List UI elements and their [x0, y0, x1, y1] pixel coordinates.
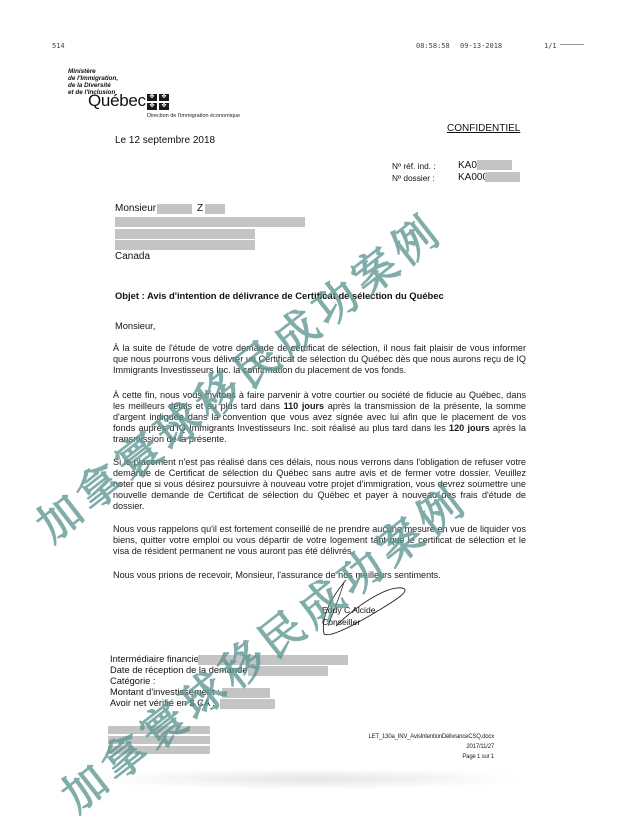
signatory-name: Eddy C Alcide [322, 605, 376, 615]
dossier-label: Nº dossier : [392, 173, 435, 183]
fax-page-code: 514 [52, 42, 65, 50]
quebec-wordmark: Québec [88, 91, 146, 111]
page-shadow [95, 768, 525, 790]
detail-verified-net-worth: Avoir net vérifié en $ CA : [110, 698, 215, 709]
fax-time: 08:58:58 [416, 42, 450, 50]
paragraph-1: À la suite de l'étude de votre demande d… [113, 343, 526, 376]
redaction-bar [115, 229, 255, 239]
fax-date: 09-13-2018 [460, 42, 502, 50]
paragraph-4: Nous vous rappelons qu'il est fortement … [113, 524, 526, 557]
redaction-bar [157, 204, 192, 214]
deadline-120: 120 jours [449, 423, 490, 433]
reference-label: Nº réf. ind. : [392, 161, 436, 171]
ministry-line: de la Diversité [68, 82, 118, 89]
dossier-value: KA000 [458, 172, 488, 183]
recipient-country: Canada [115, 251, 150, 262]
redaction-bar [477, 160, 512, 170]
ministry-line: de l'Immigration, [68, 75, 118, 82]
redaction-bar [222, 688, 270, 698]
redaction-bar [248, 666, 328, 676]
paragraph-2: À cette fin, nous vous invitons à faire … [113, 390, 526, 445]
redaction-bar [108, 726, 210, 734]
direction-name: Direction de l'immigration économique [147, 113, 240, 119]
letter-date: Le 12 septembre 2018 [115, 135, 215, 146]
redaction-bar [205, 204, 225, 214]
fax-pages: 1/1 [544, 42, 557, 50]
redaction-bar [108, 746, 210, 754]
recipient-surname-initial: Z [197, 203, 203, 214]
fax-divider [560, 44, 584, 45]
footer-filename: LET_130a_INV_AvisIntentionDélivranceCSQ.… [369, 734, 495, 740]
detail-financial-intermediary: Intermédiaire financier : [110, 654, 207, 665]
footer-date: 2017/11/27 [466, 744, 494, 750]
fleur-de-lis-flag-icon: ✤✤ ✤✤ [147, 94, 169, 110]
detail-investment-amount: Montant d'investissement : [110, 687, 220, 698]
greeting: Monsieur, [115, 321, 155, 331]
redaction-bar [108, 736, 210, 744]
paragraph-3: Si le placement n'est pas réalisé dans c… [113, 457, 526, 512]
recipient-salutation: Monsieur [115, 203, 156, 214]
redaction-bar [115, 240, 255, 250]
detail-reception-date: Date de réception de la demande: [110, 665, 250, 676]
deadline-110: 110 jours [284, 401, 325, 411]
signatory-title: Conseiller [322, 617, 360, 627]
redaction-bar [485, 172, 520, 182]
ministry-line: Ministère [68, 68, 118, 75]
detail-category: Catégorie : [110, 676, 155, 687]
redaction-bar [198, 655, 348, 665]
footer-page-number: Page 1 sur 1 [462, 754, 494, 760]
confidential-label: CONFIDENTIEL [447, 123, 520, 134]
redaction-bar [115, 217, 305, 227]
redaction-bar [220, 699, 275, 709]
subject-line: Objet : Avis d'intention de délivrance d… [115, 290, 444, 301]
